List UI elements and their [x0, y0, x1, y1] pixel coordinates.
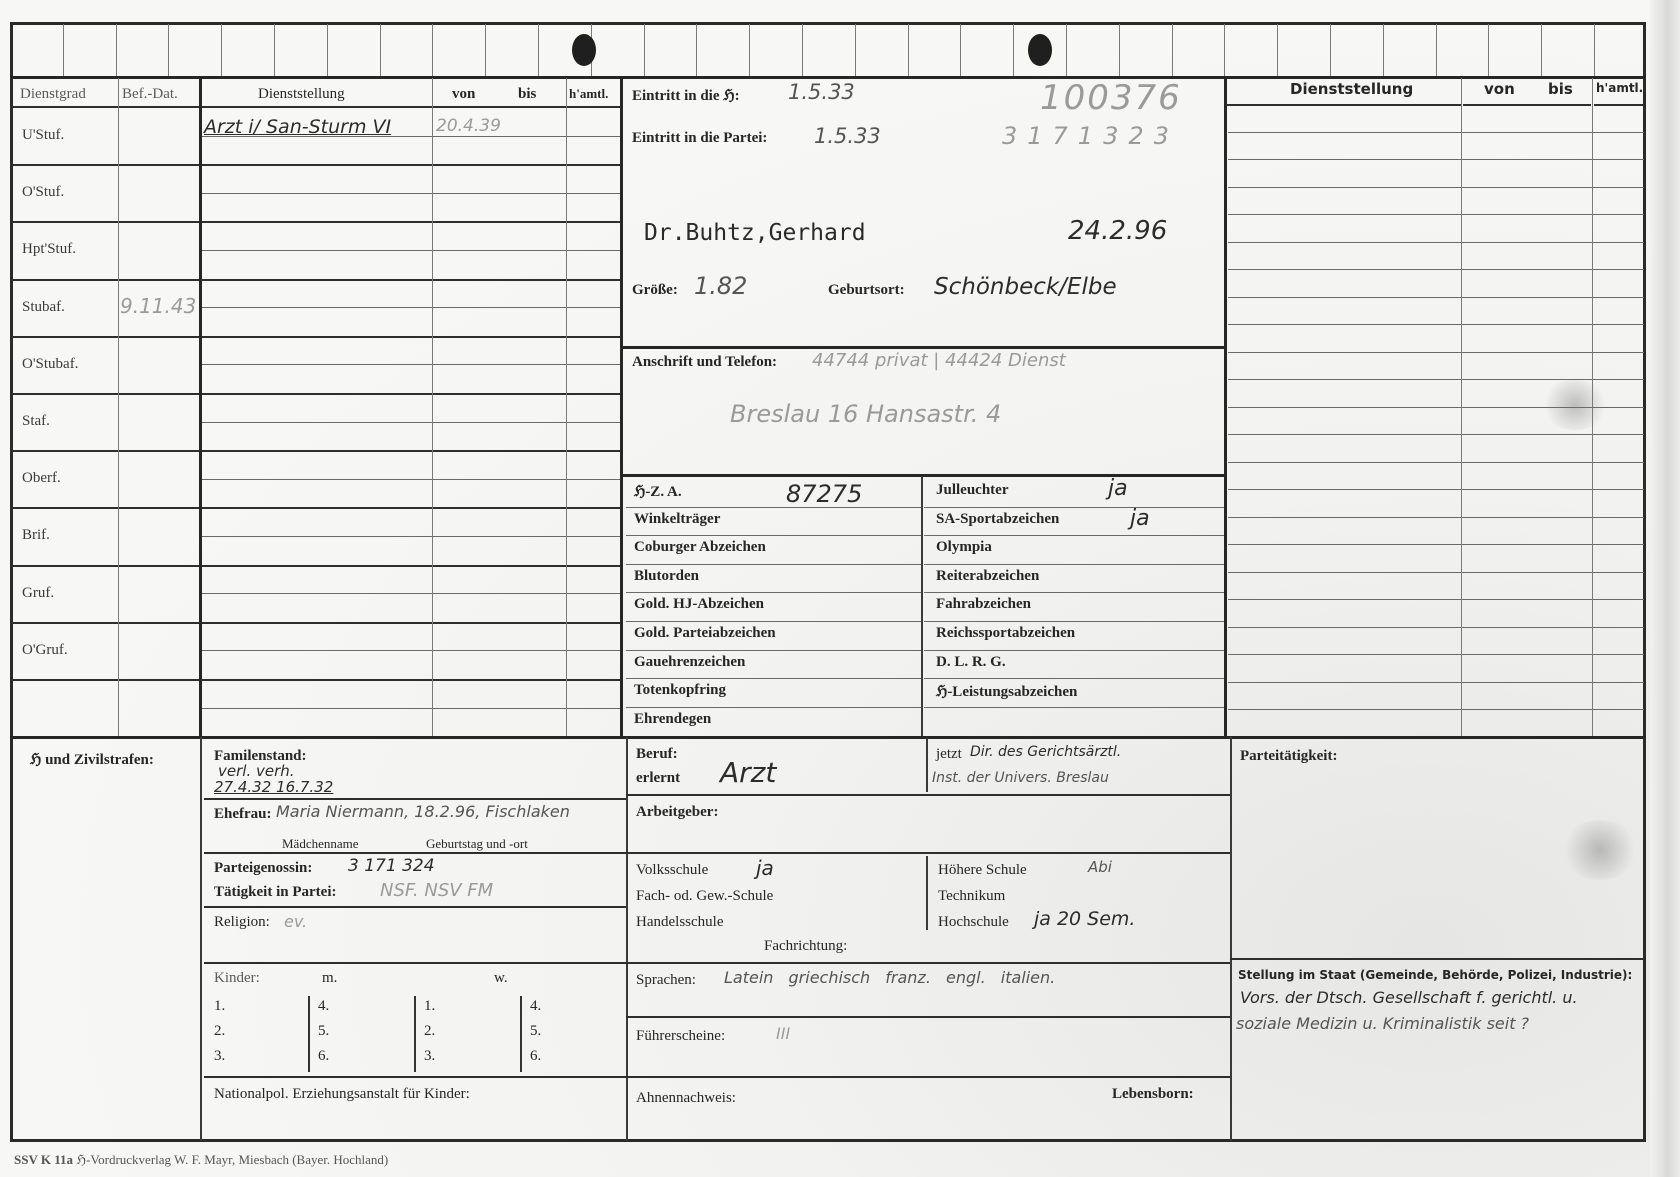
award-label: Totenkopfring: [634, 682, 726, 699]
award-label: SA-Sportabzeichen: [936, 511, 1059, 528]
eintritt-partei-label: Eintritt in die Partei:: [632, 130, 767, 147]
eintritt-ss-label: Eintritt in die ℌ:: [632, 86, 740, 105]
groesse-label: Größe:: [632, 282, 678, 299]
geburtstag-caption: Geburtstag und -ort: [426, 836, 528, 852]
award-label: Coburger Abzeichen: [634, 539, 766, 556]
strip-cell-divider: [380, 24, 381, 76]
subrow-line: [202, 536, 620, 537]
award-label: Gauehrenzeichen: [634, 654, 745, 671]
geburtsort-label: Geburtsort:: [828, 282, 905, 299]
strafen-label: ℌ und Zivilstrafen:: [30, 750, 154, 769]
sprachen-label: Sprachen:: [636, 972, 696, 989]
divider: [204, 906, 626, 908]
kinder-slot: 2.: [214, 1023, 225, 1040]
row-divider: [10, 622, 620, 624]
subrow-line: [202, 364, 620, 365]
lebensborn-label: Lebensborn:: [1112, 1086, 1194, 1103]
hochschule-value: ja 20 Sem.: [1034, 908, 1135, 930]
ehefrau-label: Ehefrau:: [214, 806, 272, 823]
kinder-slot: 3.: [214, 1048, 225, 1065]
award-line: [924, 592, 1224, 593]
right-row-line: [1228, 324, 1644, 325]
strip-cell-divider: [1330, 24, 1331, 76]
anschrift-address: Breslau 16 Hansastr. 4: [730, 400, 1001, 428]
entry-bef-dat-stubaf: 9.11.43: [120, 294, 196, 318]
header-bef-dat: Bef.-Dat.: [122, 86, 178, 103]
rank-label: U'Stuf.: [22, 127, 64, 144]
strip-cell-divider: [432, 24, 433, 76]
subrow-line: [202, 307, 620, 308]
rank-label: O'Stubaf.: [22, 356, 78, 373]
header-dienststellung: Dienststellung: [258, 86, 345, 103]
award-label: Reichssportabzeichen: [936, 625, 1075, 642]
right-row-line: [1228, 352, 1644, 353]
ss-number: 100376: [1040, 78, 1182, 118]
right-header-hamtl: h'amtl.: [1596, 81, 1643, 95]
entry-von-ustuf: 20.4.39: [436, 116, 501, 136]
column-divider: [620, 78, 623, 737]
form-code: SSV K 11a: [14, 1152, 73, 1167]
sprachen-value: Latein griechisch franz. engl. italien.: [724, 968, 1055, 987]
strip-cell-divider: [274, 24, 275, 76]
strip-cell-divider: [63, 24, 64, 76]
subrow-line: [202, 593, 620, 594]
right-row-line: [1228, 434, 1644, 435]
award-value-sa-sport: ja: [1130, 506, 1150, 531]
award-line: [626, 650, 922, 651]
strip-cell-divider: [855, 24, 856, 76]
award-line: [626, 678, 922, 679]
strip-cell-divider: [116, 24, 117, 76]
award-line: [924, 621, 1224, 622]
rank-label: Gruf.: [22, 585, 54, 602]
kinder-slot: 1.: [424, 998, 435, 1015]
rank-label: Stubaf.: [22, 299, 65, 316]
right-row-line: [1228, 572, 1644, 573]
right-row-line: [1228, 159, 1644, 160]
divider: [204, 852, 626, 854]
rank-label: Staf.: [22, 413, 50, 430]
award-label: Gold. Parteiabzeichen: [634, 625, 776, 642]
strip-cell-divider: [538, 24, 539, 76]
award-line: [626, 707, 922, 708]
kinder-slot: 4.: [318, 998, 329, 1015]
award-line: [626, 507, 922, 508]
divider: [626, 962, 1230, 964]
beruf-label: Beruf:: [636, 746, 678, 763]
kinder-slot: 5.: [530, 1023, 541, 1040]
stellung-label: Stellung im Staat (Gemeinde, Behörde, Po…: [1238, 968, 1632, 982]
divider: [620, 346, 1225, 349]
strip-cell-divider: [1436, 24, 1437, 76]
awards-divider: [921, 476, 923, 736]
divider: [626, 1016, 1230, 1018]
strip-cell-divider: [1066, 24, 1067, 76]
row-divider: [10, 450, 620, 452]
right-row-line: [1228, 709, 1644, 710]
right-row-line: [1228, 654, 1644, 655]
maedchenname-caption: Mädchenname: [282, 836, 359, 852]
handelsschule-label: Handelsschule: [636, 914, 723, 931]
row-divider: [10, 507, 620, 509]
award-line: [924, 707, 1224, 708]
strip-cell-divider: [1172, 24, 1173, 76]
fachrichtung-label: Fachrichtung:: [764, 938, 847, 955]
rank-label: Oberf.: [22, 470, 61, 487]
person-name: Dr.Buhtz,Gerhard: [644, 220, 866, 246]
column-divider: [1230, 737, 1232, 1141]
kinder-divider: [414, 996, 416, 1072]
strip-cell-divider: [1013, 24, 1014, 76]
right-row-line: [1228, 187, 1644, 188]
strip-cell-divider: [1383, 24, 1384, 76]
technikum-label: Technikum: [938, 888, 1005, 905]
award-value-julleuchter: ja: [1108, 476, 1128, 501]
hochschule-label: Hochschule: [938, 914, 1009, 931]
subrow-line: [202, 650, 620, 651]
right-row-line: [1228, 627, 1644, 628]
kinder-slot: 3.: [424, 1048, 435, 1065]
hoehere-value: Abi: [1088, 858, 1112, 876]
paper-edge: [1650, 0, 1680, 1177]
kinder-slot: 2.: [424, 1023, 435, 1040]
eintritt-ss-value: 1.5.33: [788, 80, 855, 104]
birth-date: 24.2.96: [1068, 216, 1167, 246]
divider: [1230, 958, 1645, 960]
groesse-value: 1.82: [694, 272, 747, 300]
subrow-line: [202, 708, 620, 709]
arbeitgeber-label: Arbeitgeber:: [636, 804, 718, 821]
strip-cell-divider: [908, 24, 909, 76]
napola-label: Nationalpol. Erziehungsanstalt für Kinde…: [214, 1086, 470, 1103]
strip-cell-divider: [1488, 24, 1489, 76]
parteitaetigkeit-label: Parteitätigkeit:: [1240, 748, 1337, 765]
fachschule-label: Fach- od. Gew.-Schule: [636, 888, 773, 905]
stellung-line2: soziale Medizin u. Kriminalistik seit ?: [1236, 1014, 1529, 1033]
fuehrerscheine-label: Führerscheine:: [636, 1028, 725, 1045]
religion-label: Religion:: [214, 914, 270, 931]
kinder-m-label: m.: [322, 970, 337, 987]
divider: [1226, 104, 1462, 106]
strip-cell-divider: [485, 24, 486, 76]
award-line: [626, 592, 922, 593]
award-line: [924, 650, 1224, 651]
parteigenossin-value: 3 171 324: [348, 856, 435, 876]
right-row-line: [1228, 297, 1644, 298]
award-label: Ehrendegen: [634, 711, 711, 728]
divider: [626, 1076, 1230, 1078]
publisher: ℌ-Vordruckverlag W. F. Mayr, Miesbach (B…: [76, 1152, 388, 1167]
column-divider: [200, 737, 202, 1141]
divider: [1594, 104, 1644, 106]
award-line: [924, 535, 1224, 536]
strip-cell-divider: [644, 24, 645, 76]
column-divider: [1461, 78, 1462, 737]
strip-cell-divider: [749, 24, 750, 76]
row-divider: [10, 393, 620, 395]
divider: [204, 1076, 626, 1078]
award-line: [626, 621, 922, 622]
column-divider: [566, 78, 567, 737]
subrow-line: [202, 422, 620, 423]
right-row-line: [1228, 407, 1644, 408]
subrow-line: [202, 479, 620, 480]
geburtsort-value: Schönbeck/Elbe: [934, 274, 1117, 300]
religion-value: ev.: [284, 912, 307, 931]
kinder-label: Kinder:: [214, 970, 260, 987]
strip-cell-divider: [802, 24, 803, 76]
kinder-w-label: w.: [494, 970, 508, 987]
header-dienstgrad: Dienstgrad: [20, 86, 86, 103]
erlernt-value: Arzt: [720, 756, 776, 789]
row-divider: [10, 221, 620, 223]
divider: [10, 76, 1646, 79]
column-divider: [1224, 78, 1227, 737]
rank-label: O'Gruf.: [22, 642, 68, 659]
column-divider: [118, 78, 119, 737]
school-divider: [926, 856, 928, 930]
familienstand-line2: 27.4.32 16.7.32: [214, 778, 333, 796]
right-row-line: [1228, 379, 1644, 380]
divider: [626, 852, 1230, 854]
award-label: Reiterabzeichen: [936, 568, 1039, 585]
strip-cell-divider: [1224, 24, 1225, 76]
ahnennachweis-label: Ahnennachweis:: [636, 1090, 736, 1107]
fuehrerscheine-value: III: [776, 1024, 790, 1043]
strip-cell-divider: [1594, 24, 1595, 76]
jetzt-line2: Inst. der Univers. Breslau: [932, 770, 1109, 786]
row-divider: [10, 164, 620, 166]
subrow-line: [202, 193, 620, 194]
punch-hole-left: [572, 34, 596, 66]
taetigkeit-label: Tätigkeit in Partei:: [214, 884, 336, 901]
award-label: Gold. HJ-Abzeichen: [634, 596, 764, 613]
strip-cell-divider: [1277, 24, 1278, 76]
award-line: [924, 678, 1224, 679]
row-divider: [10, 565, 620, 567]
award-label: Blutorden: [634, 568, 699, 585]
divider: [626, 794, 1230, 796]
right-row-line: [1228, 517, 1644, 518]
kinder-slot: 5.: [318, 1023, 329, 1040]
header-bis: bis: [518, 86, 536, 103]
right-row-line: [1228, 489, 1644, 490]
jetzt-line1: Dir. des Gerichtsärztl.: [970, 744, 1121, 760]
strip-cell-divider: [960, 24, 961, 76]
strip-cell-divider: [168, 24, 169, 76]
kinder-divider: [520, 996, 522, 1072]
kinder-slot: 4.: [530, 998, 541, 1015]
strip-cell-divider: [1119, 24, 1120, 76]
section-divider: [10, 736, 1646, 739]
award-label: Winkelträger: [634, 511, 720, 528]
right-row-line: [1228, 544, 1644, 545]
right-row-line: [1228, 682, 1644, 683]
row-divider: [10, 679, 620, 681]
award-label: D. L. R. G.: [936, 654, 1006, 671]
column-divider: [432, 78, 433, 737]
ehefrau-value: Maria Niermann, 18.2.96, Fischlaken: [276, 802, 570, 821]
strip-cell-divider: [221, 24, 222, 76]
kinder-slot: 6.: [318, 1048, 329, 1065]
right-row-line: [1228, 132, 1644, 133]
rank-label: O'Stuf.: [22, 184, 64, 201]
award-label: ℌ-Leistungsabzeichen: [936, 682, 1077, 701]
award-label: Olympia: [936, 539, 992, 556]
anschrift-label: Anschrift und Telefon:: [632, 354, 777, 371]
right-header-dienststellung: Dienststellung: [1290, 80, 1413, 98]
column-divider: [199, 78, 202, 737]
form-footer: SSV K 11a ℌ-Vordruckverlag W. F. Mayr, M…: [14, 1152, 388, 1168]
strip-cell-divider: [327, 24, 328, 76]
row-divider: [10, 279, 620, 281]
award-label: Fahrabzeichen: [936, 596, 1031, 613]
award-line: [924, 564, 1224, 565]
award-line: [924, 507, 1224, 508]
right-row-line: [1228, 269, 1644, 270]
award-label: Julleuchter: [936, 482, 1009, 499]
rank-label: Brif.: [22, 527, 50, 544]
hoehere-label: Höhere Schule: [938, 862, 1027, 879]
right-header-von: von: [1484, 80, 1515, 98]
parteigenossin-label: Parteigenossin:: [214, 860, 312, 877]
kinder-slot: 6.: [530, 1048, 541, 1065]
punch-hole-right: [1028, 34, 1052, 66]
award-line: [626, 535, 922, 536]
right-header-bis: bis: [1548, 80, 1573, 98]
kinder-divider: [308, 996, 310, 1072]
column-divider: [1592, 78, 1593, 737]
strip-cell-divider: [1541, 24, 1542, 76]
stellung-line1: Vors. der Dtsch. Gesellschaft f. gericht…: [1240, 988, 1578, 1007]
divider: [10, 106, 620, 108]
erlernt-label: erlernt: [636, 770, 680, 787]
volksschule-value: ja: [756, 856, 774, 880]
volksschule-label: Volksschule: [636, 862, 708, 879]
anschrift-phone: 44744 privat | 44424 Dienst: [812, 350, 1066, 371]
eintritt-partei-value: 1.5.33: [814, 124, 881, 148]
award-label: ℌ-Z. A.: [634, 482, 682, 501]
right-row-line: [1228, 242, 1644, 243]
divider: [204, 962, 626, 964]
right-row-line: [1228, 462, 1644, 463]
header-von: von: [452, 86, 475, 103]
entry-dienststellung-ustuf: Arzt i/ San-Sturm VI: [204, 116, 391, 138]
divider: [204, 798, 626, 800]
award-value-sza: 87275: [786, 480, 862, 508]
subrow-line: [202, 250, 620, 251]
award-line: [626, 564, 922, 565]
right-row-line: [1228, 599, 1644, 600]
right-row-line: [1228, 214, 1644, 215]
column-divider: [626, 737, 628, 1141]
party-number: 3171323: [1002, 122, 1179, 150]
divider: [1463, 104, 1591, 106]
taetigkeit-value: NSF. NSV FM: [380, 880, 493, 901]
kinder-slot: 1.: [214, 998, 225, 1015]
header-hamtl: h'amtl.: [569, 86, 608, 102]
strip-cell-divider: [696, 24, 697, 76]
row-divider: [10, 336, 620, 338]
jetzt-label: jetzt: [936, 746, 962, 763]
rank-label: Hpt'Stuf.: [22, 241, 76, 258]
beruf-divider: [926, 738, 928, 792]
